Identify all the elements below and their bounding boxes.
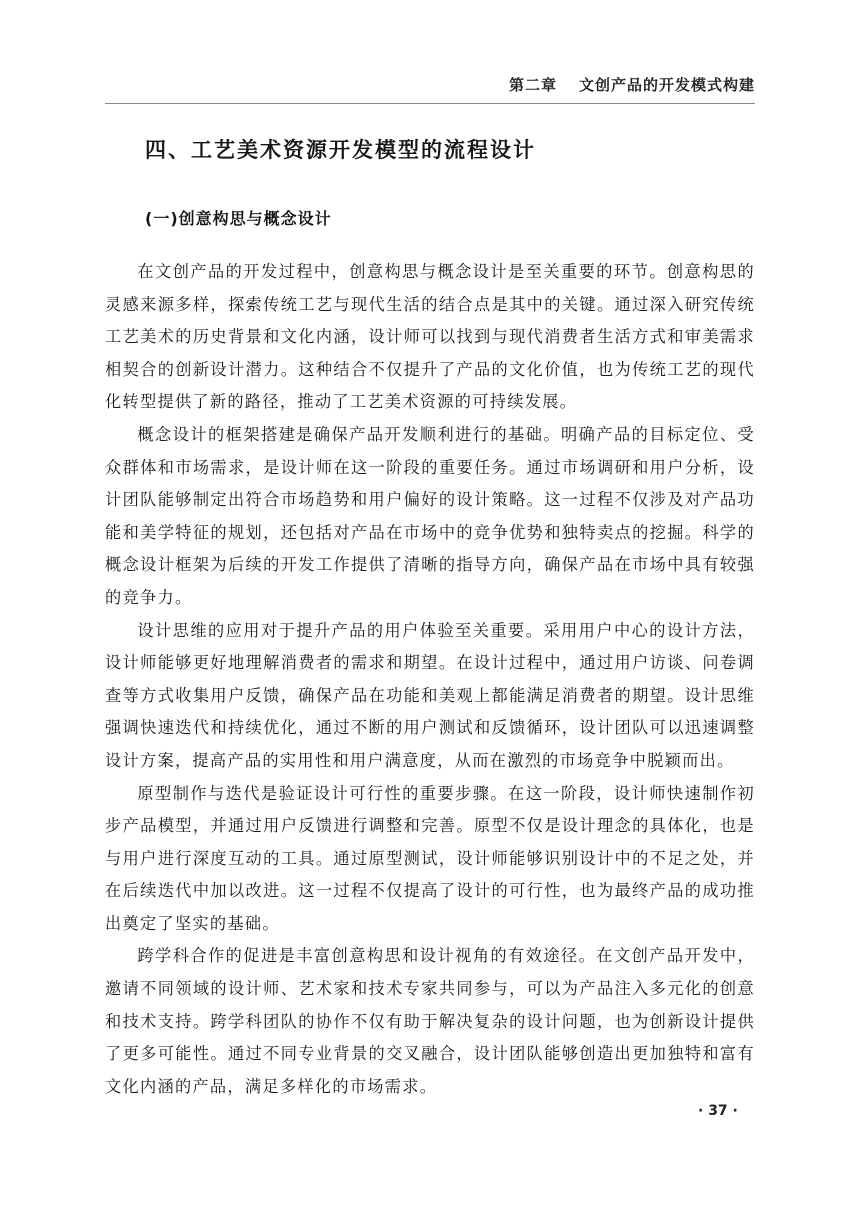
page-number: · 37 · [698,1103,738,1119]
running-header: 第二章文创产品的开发模式构建 [105,74,755,94]
paragraph-design-thinking: 设计思维的应用对于提升产品的用户体验至关重要。采用用户中心的设计方法，设计师能够… [105,615,755,778]
header-rule [105,103,755,104]
body-text: 在文创产品的开发过程中，创意构思与概念设计是至关重要的环节。创意构思的灵感来源多… [105,256,755,1103]
paragraph-interdisciplinary: 跨学科合作的促进是丰富创意构思和设计视角的有效途径。在文创产品开发中，邀请不同领… [105,940,755,1103]
paragraph-prototyping: 原型制作与迭代是验证设计可行性的重要步骤。在这一阶段，设计师快速制作初步产品模型… [105,778,755,941]
paragraph-creative-concept: 在文创产品的开发过程中，创意构思与概念设计是至关重要的环节。创意构思的灵感来源多… [105,256,755,419]
subsection-title: (一)创意构思与概念设计 [145,206,332,229]
chapter-title: 文创产品的开发模式构建 [579,76,755,94]
chapter-number: 第二章 [509,76,557,94]
section-title: 四、工艺美术资源开发模型的流程设计 [145,134,536,164]
paragraph-concept-framework: 概念设计的框架搭建是确保产品开发顺利进行的基础。明确产品的目标定位、受众群体和市… [105,419,755,615]
